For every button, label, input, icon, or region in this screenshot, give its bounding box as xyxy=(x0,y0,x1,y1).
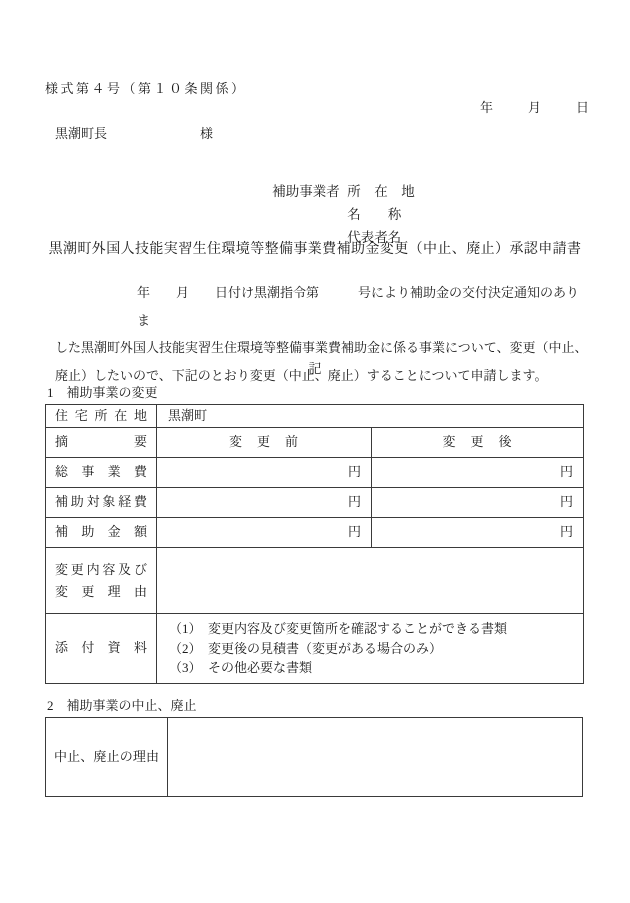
document-title: 黒潮町外国人技能実習生住環境等整備事業費補助金変更（中止、廃止）承認申請書 xyxy=(0,240,630,260)
section2-heading: 2 補助事業の中止、廃止 xyxy=(47,697,197,716)
section1-heading: 1 補助事業の変更 xyxy=(47,384,158,403)
residence-label-cell: 住宅所在地 xyxy=(46,405,157,428)
subsidy-amount-row: 補助金額 円 円 xyxy=(46,518,584,548)
eligible-expense-after-cell: 円 xyxy=(372,488,584,518)
change-reason-label-cell: 変更内容及び 変更理由 xyxy=(46,548,157,614)
addressee-honorific: 様 xyxy=(200,126,213,141)
attachments-label-cell: 添付資料 xyxy=(46,614,157,684)
attachment-item: （1） 変更内容及び変更箇所を確認することができる書類 xyxy=(169,619,571,639)
total-cost-before-cell: 円 xyxy=(157,458,372,488)
change-details-table: 住宅所在地 黒潮町 摘要 変 更 前 変 更 後 総事業費 円 円 補助対象経費… xyxy=(45,404,584,684)
attachment-item: （2） 変更後の見積書（変更がある場合のみ） xyxy=(169,639,571,659)
residence-value-cell: 黒潮町 xyxy=(157,405,584,428)
summary-header-row: 摘要 変 更 前 変 更 後 xyxy=(46,428,584,458)
change-reason-row: 変更内容及び 変更理由 xyxy=(46,548,584,614)
subsidy-amount-after-cell: 円 xyxy=(372,518,584,548)
total-cost-label-cell: 総事業費 xyxy=(46,458,157,488)
applicant-address-row: 補助事業者所 在 地 xyxy=(252,157,415,180)
applicant-name-label: 名 称 xyxy=(347,207,401,222)
form-document-page: 様式第４号（第１０条関係） 年 月 日 黒潮町長様 補助事業者所 在 地 名 称… xyxy=(0,0,630,903)
change-reason-label-line2: 変更理由 xyxy=(55,581,147,603)
cancellation-reason-label-cell: 中止、廃止の理由 xyxy=(46,718,168,797)
applicant-address-label: 所 在 地 xyxy=(347,184,415,199)
attachments-value-cell: （1） 変更内容及び変更箇所を確認することができる書類 （2） 変更後の見積書（… xyxy=(157,614,584,684)
subsidy-amount-before-cell: 円 xyxy=(157,518,372,548)
eligible-expense-label-cell: 補助対象経費 xyxy=(46,488,157,518)
attachments-row: 添付資料 （1） 変更内容及び変更箇所を確認することができる書類 （2） 変更後… xyxy=(46,614,584,684)
change-reason-value-cell xyxy=(157,548,584,614)
summary-label-cell: 摘要 xyxy=(46,428,157,458)
applicant-block: 補助事業者所 在 地 名 称 代表者名 xyxy=(252,157,415,226)
change-reason-label-line1: 変更内容及び xyxy=(55,559,147,581)
after-change-header-cell: 変 更 後 xyxy=(372,428,584,458)
application-body-line: した黒潮町外国人技能実習生住環境等整備事業費補助金に係る事業について、変更（中止… xyxy=(55,334,591,362)
subsidy-amount-label-cell: 補助金額 xyxy=(46,518,157,548)
before-change-header-cell: 変 更 前 xyxy=(157,428,372,458)
addressee-name: 黒潮町長 xyxy=(55,126,107,141)
cancellation-table: 中止、廃止の理由 xyxy=(45,717,583,797)
attachment-item: （3） その他必要な書類 xyxy=(169,658,571,678)
record-mark: 記 xyxy=(0,360,630,379)
eligible-expense-row: 補助対象経費 円 円 xyxy=(46,488,584,518)
addressee-line: 黒潮町長様 xyxy=(55,125,213,144)
issue-date-line: 年 月 日 xyxy=(480,99,592,118)
application-body-line: 年 月 日付け黒潮指令第 号により補助金の交付決定通知のありま xyxy=(137,279,591,334)
total-cost-row: 総事業費 円 円 xyxy=(46,458,584,488)
eligible-expense-before-cell: 円 xyxy=(157,488,372,518)
form-number-label: 様式第４号（第１０条関係） xyxy=(45,80,247,99)
applicant-role-label: 補助事業者 xyxy=(272,180,347,203)
residence-row: 住宅所在地 黒潮町 xyxy=(46,405,584,428)
attachments-list: （1） 変更内容及び変更箇所を確認することができる書類 （2） 変更後の見積書（… xyxy=(158,615,582,682)
cancellation-reason-row: 中止、廃止の理由 xyxy=(46,718,583,797)
cancellation-reason-value-cell xyxy=(168,718,583,797)
total-cost-after-cell: 円 xyxy=(372,458,584,488)
